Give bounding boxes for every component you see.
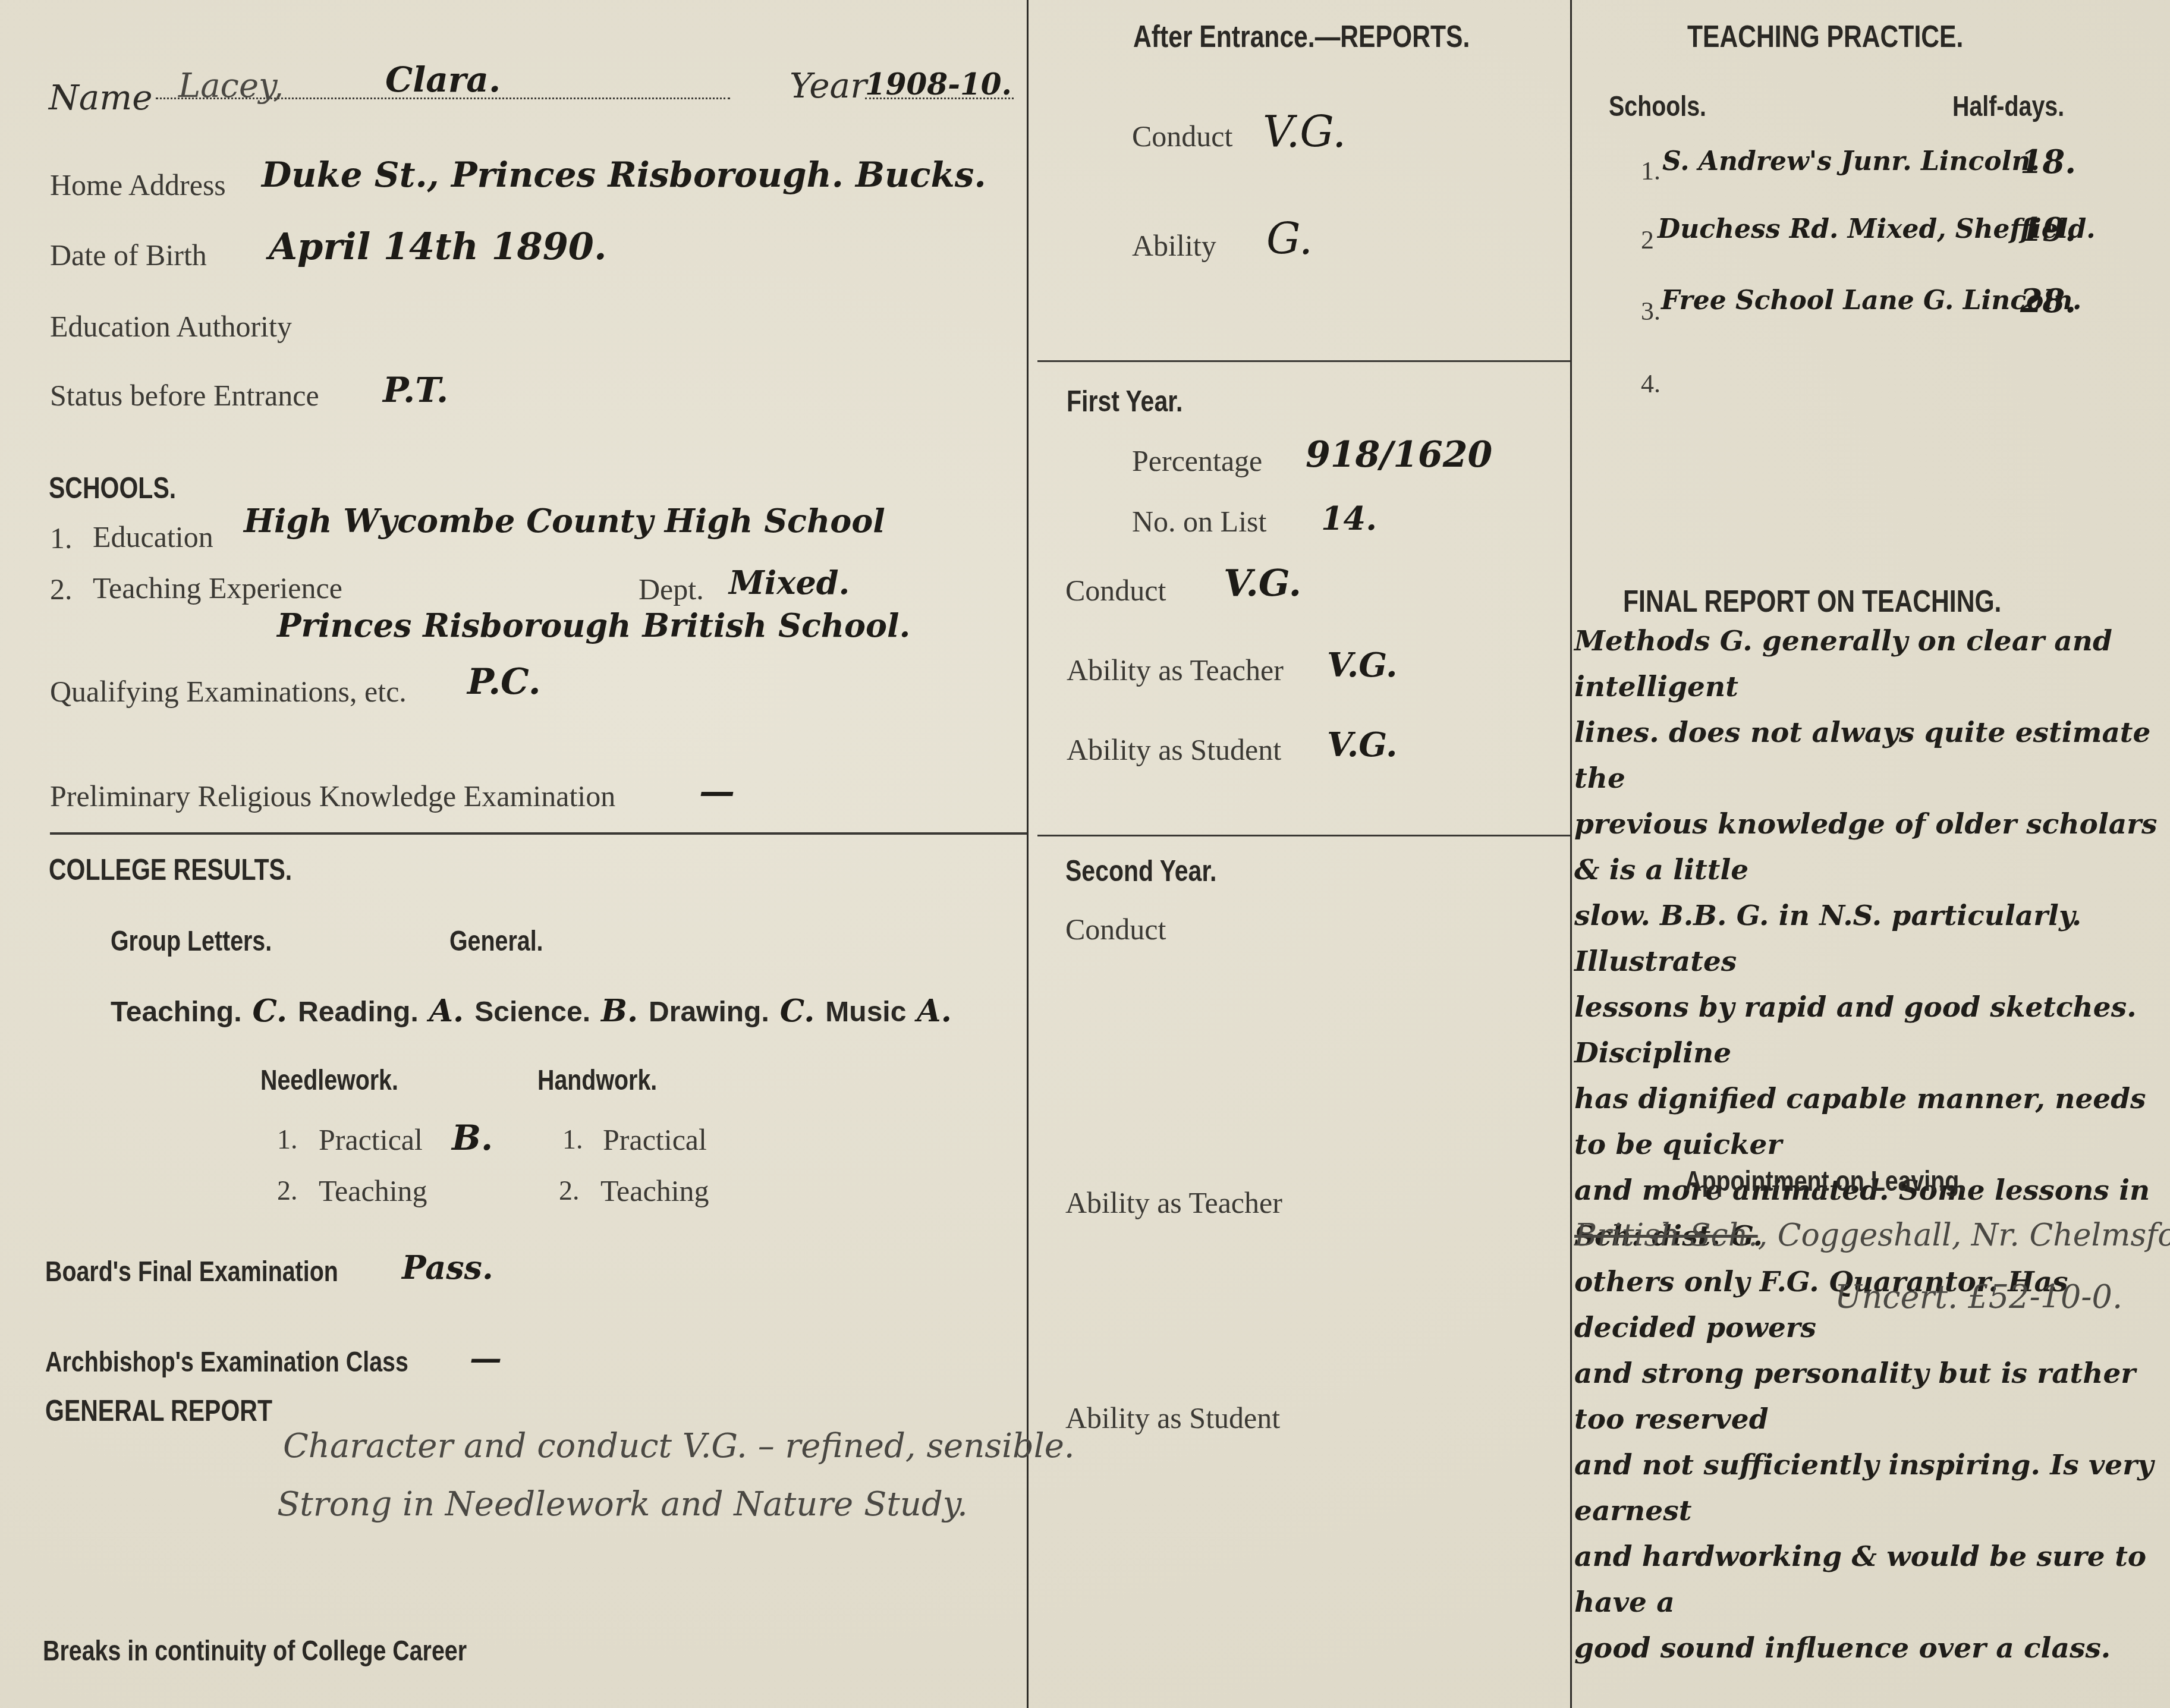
final-report-heading: FINAL REPORT ON TEACHING. [1623,584,2001,619]
home-address-value: Duke St., Princes Risborough. Bucks. [262,155,986,195]
subject-grades-row: Teaching. C. Reading. A. Science. B. Dra… [111,993,952,1029]
appointment-salary: Uncert. £52-10-0. [1835,1278,2122,1316]
practice-row-halfdays: 28. [2020,282,2076,320]
column-divider-right [1570,0,1572,1708]
subject-label: Science. [474,996,590,1028]
name-label: Name [49,77,153,118]
final-report-line: lessons by rapid and good sketches. Disc… [1574,984,2163,1076]
general-report-line: Strong in Needlework and Nature Study. [277,1485,968,1524]
subject-grade: C. [780,993,815,1029]
practice-row-school: Free School Lane G. Lincoln. [1661,285,2081,316]
education-authority-label: Education Authority [50,309,292,344]
final-report-line: and strong personality but is rather too… [1574,1351,2163,1442]
subject-label: Teaching. [111,996,241,1028]
final-report-line: and not sufficiently inspiring. Is very … [1574,1442,2163,1534]
dept-label: Dept. [639,572,704,606]
mid-section-rule-1 [1037,360,1570,362]
name-surname-value: Lacey, [178,67,284,105]
mid-section-rule-2 [1037,835,1570,836]
boards-final-label: Board's Final Examination [45,1256,338,1288]
final-report-line: good sound influence over a class. [1574,1625,2163,1671]
reports-heading: After Entrance.—REPORTS. [1133,19,1470,55]
final-report-line: has dignified capable manner, needs to b… [1574,1076,2163,1168]
college-results-heading: COLLEGE RESULTS. [49,853,292,887]
entrance-ability-value: G. [1266,214,1313,264]
entrance-conduct-value: V.G. [1263,107,1346,157]
first-year-conduct-value: V.G. [1224,561,1301,605]
schools-column-label: Schools. [1609,90,1706,123]
final-report-line: and hardworking & would be sure to have … [1574,1534,2163,1625]
practice-row-halfdays: 19. [2020,210,2076,249]
practice-row-num: 3. [1641,296,1660,326]
group-letters-label: Group Letters. [111,925,272,958]
subject-grade: A. [429,993,464,1029]
practice-row-school: S. Andrew's Junr. Lincoln. [1662,146,2040,177]
dob-value: April 14th 1890. [269,225,607,268]
needlework-teaching-num: 2. [277,1175,298,1206]
teaching-num: 2. [50,572,73,606]
final-report-text: Methods G. generally on clear and intell… [1574,618,2163,1671]
education-value: High Wycombe County High School [244,502,885,540]
handwork-practical-num: 1. [562,1124,583,1155]
breaks-continuity-label: Breaks in continuity of College Career [43,1635,467,1668]
year-label: Year [790,65,867,106]
first-year-teacher-value: V.G. [1327,646,1397,685]
first-year-student-value: V.G. [1327,725,1397,765]
subject-label: Drawing. [649,996,769,1028]
needlework-practical-label: Practical [319,1122,423,1157]
final-report-line: slow. B.B. G. in N.S. particularly. Illu… [1574,893,2163,984]
general-report-heading: GENERAL REPORT [45,1394,272,1428]
percentage-value: 918/1620 [1306,434,1492,476]
practice-row-num: 4. [1641,369,1660,399]
general-label: General. [449,925,543,958]
qualifying-label: Qualifying Examinations, etc. [50,674,407,709]
education-num: 1. [50,521,73,555]
boards-final-value: Pass. [402,1248,493,1286]
year-value: 1908-10. [865,67,1012,102]
practice-row-num: 2 [1641,225,1654,255]
appointment-line-1: British Sch., Coggeshall, Nr. Chelmsford… [1574,1218,2170,1253]
entrance-ability-label: Ability [1132,228,1216,263]
subject-label: Music [825,996,906,1028]
list-position-value: 14. [1321,499,1377,537]
needlework-teaching-label: Teaching [319,1174,427,1208]
left-section-rule [50,832,1027,835]
first-year-conduct-label: Conduct [1065,573,1166,608]
list-position-label: No. on List [1132,504,1266,539]
general-report-line: Character and conduct V.G. – refined, se… [283,1427,1075,1465]
education-label: Education [93,520,213,554]
appointment-location: , Coggeshall, Nr. Chelmsford. [1758,1218,2170,1253]
subject-grade: B. [601,993,638,1029]
needlework-practical-num: 1. [277,1124,298,1155]
home-address-label: Home Address [50,168,226,202]
subject-grade: C. [252,993,287,1029]
needlework-label: Needlework. [260,1064,398,1097]
schools-heading: SCHOOLS. [49,471,176,505]
handwork-teaching-label: Teaching [600,1174,709,1208]
archbishop-value: — [470,1339,502,1377]
dob-label: Date of Birth [50,238,207,272]
teaching-experience-label: Teaching Experience [93,571,342,605]
teaching-experience-value: Princes Risborough British School. [277,606,910,644]
subject-grade: A. [917,993,951,1029]
handwork-practical-label: Practical [603,1122,707,1157]
practice-row-num: 1. [1641,156,1660,186]
religious-exam-value: — [699,770,735,812]
practice-row-halfdays: 18. [2020,143,2076,181]
first-year-teacher-label: Ability as Teacher [1067,653,1284,687]
status-value: P.T. [383,370,448,410]
religious-exam-label: Preliminary Religious Knowledge Examinat… [50,779,615,813]
handwork-label: Handwork. [537,1064,657,1097]
status-label: Status before Entrance [50,378,319,413]
qualifying-value: P.C. [467,661,541,703]
dept-value: Mixed. [729,564,850,602]
entrance-conduct-label: Conduct [1132,119,1232,153]
first-year-heading: First Year. [1067,384,1183,419]
second-year-heading: Second Year. [1065,854,1217,888]
needlework-practical-grade: B. [452,1118,493,1158]
second-year-student-label: Ability as Student [1065,1401,1280,1435]
second-year-conduct-label: Conduct [1065,912,1166,946]
appointment-struck-school: British Sch. [1574,1218,1758,1253]
teaching-practice-heading: TEACHING PRACTICE. [1687,19,1963,55]
appointment-heading: Appointment on Leaving. [1685,1165,1965,1198]
second-year-teacher-label: Ability as Teacher [1065,1185,1282,1220]
archbishop-label: Archbishop's Examination Class [45,1346,408,1379]
final-report-line: previous knowledge of older scholars & i… [1574,801,2163,893]
final-report-line: lines. does not always quite estimate th… [1574,710,2163,801]
final-report-line: Methods G. generally on clear and intell… [1574,618,2163,710]
percentage-label: Percentage [1132,443,1262,478]
halfdays-column-label: Half-days. [1952,90,2064,123]
first-year-student-label: Ability as Student [1067,732,1281,767]
handwork-teaching-num: 2. [559,1175,580,1206]
name-given-value: Clara. [385,59,501,100]
subject-label: Reading. [298,996,419,1028]
